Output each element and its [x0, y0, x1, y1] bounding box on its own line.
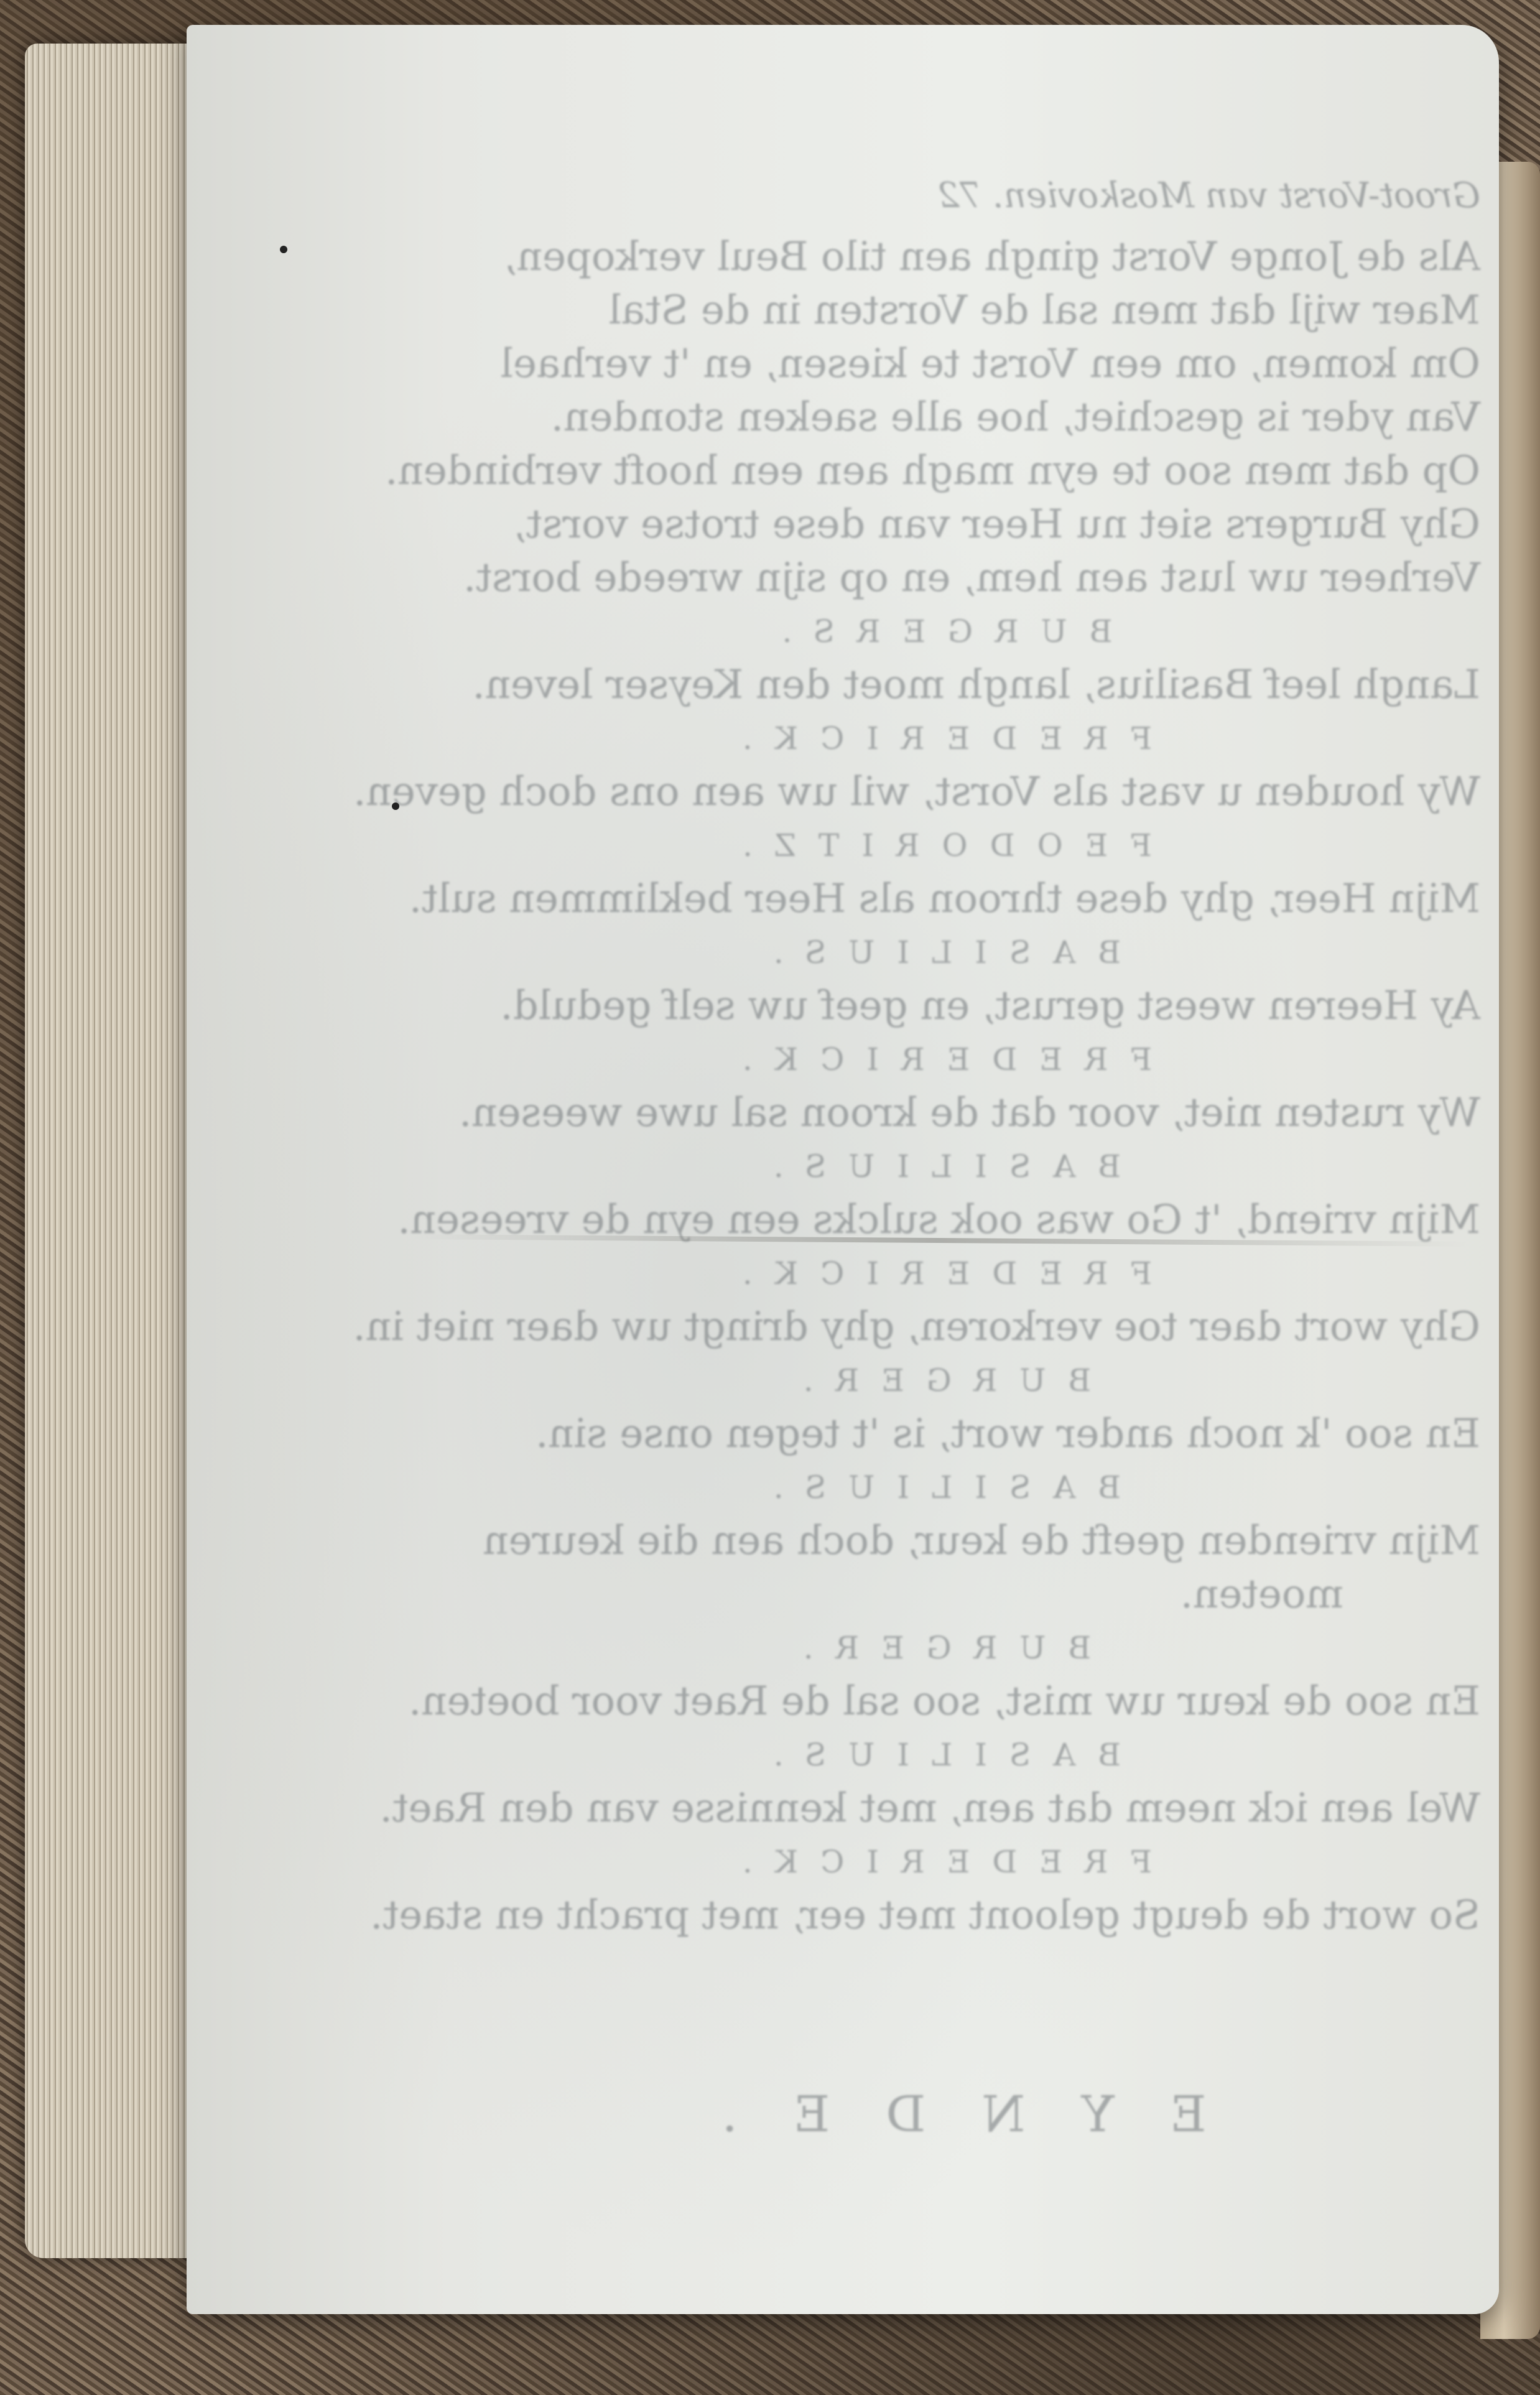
verse-line: Wy rusten niet, voor dat de kroon sal uw… — [392, 1086, 1480, 1140]
verse-line: Als de Jonge Vorst gingh aen tilo Beul v… — [392, 230, 1480, 284]
speaker-name: BURGER. — [392, 1621, 1480, 1675]
verse-line: Wel aen ick neem dat aen, met kennisse v… — [392, 1782, 1480, 1835]
verse-line: Langh leef Basilius, langh moet den Keys… — [392, 658, 1480, 712]
verse-line: Op dat men soo te eyn magh aen een hooft… — [392, 444, 1480, 498]
verse-line: So wort de deugt geloont met eer, met pr… — [392, 1889, 1480, 1942]
verse-line: Om komen, om een Vorst te kiesen, en 't … — [392, 337, 1480, 391]
bleed-through-text: Groot-Vorst van Moskovien. 72 Als de Jon… — [392, 162, 1480, 2143]
speaker-name: BASILIUS. — [392, 1728, 1480, 1782]
verse-line: moeten. — [392, 1568, 1480, 1621]
speaker-name: BASILIUS. — [392, 1461, 1480, 1514]
ink-speck — [280, 246, 287, 253]
speaker-name: BASILIUS. — [392, 1140, 1480, 1193]
speaker-name: FREDERICK. — [392, 1033, 1480, 1086]
running-header: Groot-Vorst van Moskovien. 72 — [392, 162, 1480, 230]
verse-line: Verheer uw lust aen hem, en op sijn wree… — [392, 551, 1480, 605]
speaker-name: FREDERICK. — [392, 1247, 1480, 1300]
bleed-lines: Als de Jonge Vorst gingh aen tilo Beul v… — [392, 230, 1480, 1942]
finis-mark: EYNDE. — [392, 2085, 1480, 2143]
verse-line: Ghy Burgers siet nu Heer van dese trotse… — [392, 498, 1480, 551]
speaker-name: FREDERICK. — [392, 712, 1480, 765]
verse-line: Mijn Heer, ghy dese throon als Heer bekl… — [392, 872, 1480, 926]
verse-line: Wy houden u vast als Vorst, wil uw aen o… — [392, 765, 1480, 819]
verse-line: Van yder is geschiet, hoe alle saeken st… — [392, 391, 1480, 444]
speaker-name: BURGER. — [392, 1354, 1480, 1407]
ink-speck — [392, 802, 399, 810]
verse-line: En soo 'k noch ander wort, is 't tegen o… — [392, 1407, 1480, 1461]
speaker-name: FEODORITZ. — [392, 819, 1480, 872]
verse-line: Ghy wort daer toe verkoren, ghy dringt u… — [392, 1300, 1480, 1354]
speaker-name: BURGERS. — [392, 605, 1480, 658]
verse-line: Ay Heeren weest gerust, en geef uw self … — [392, 979, 1480, 1033]
verse-line: En soo de keur uw mist, soo sal de Raet … — [392, 1675, 1480, 1728]
book-page: Groot-Vorst van Moskovien. 72 Als de Jon… — [187, 25, 1499, 2314]
speaker-name: FREDERICK. — [392, 1835, 1480, 1889]
verse-line: Maer wijl dat men sal de Vorsten in de S… — [392, 284, 1480, 337]
speaker-name: BASILIUS. — [392, 926, 1480, 979]
verse-line: Mijn vrienden geeft de keur, doch aen di… — [392, 1514, 1480, 1568]
